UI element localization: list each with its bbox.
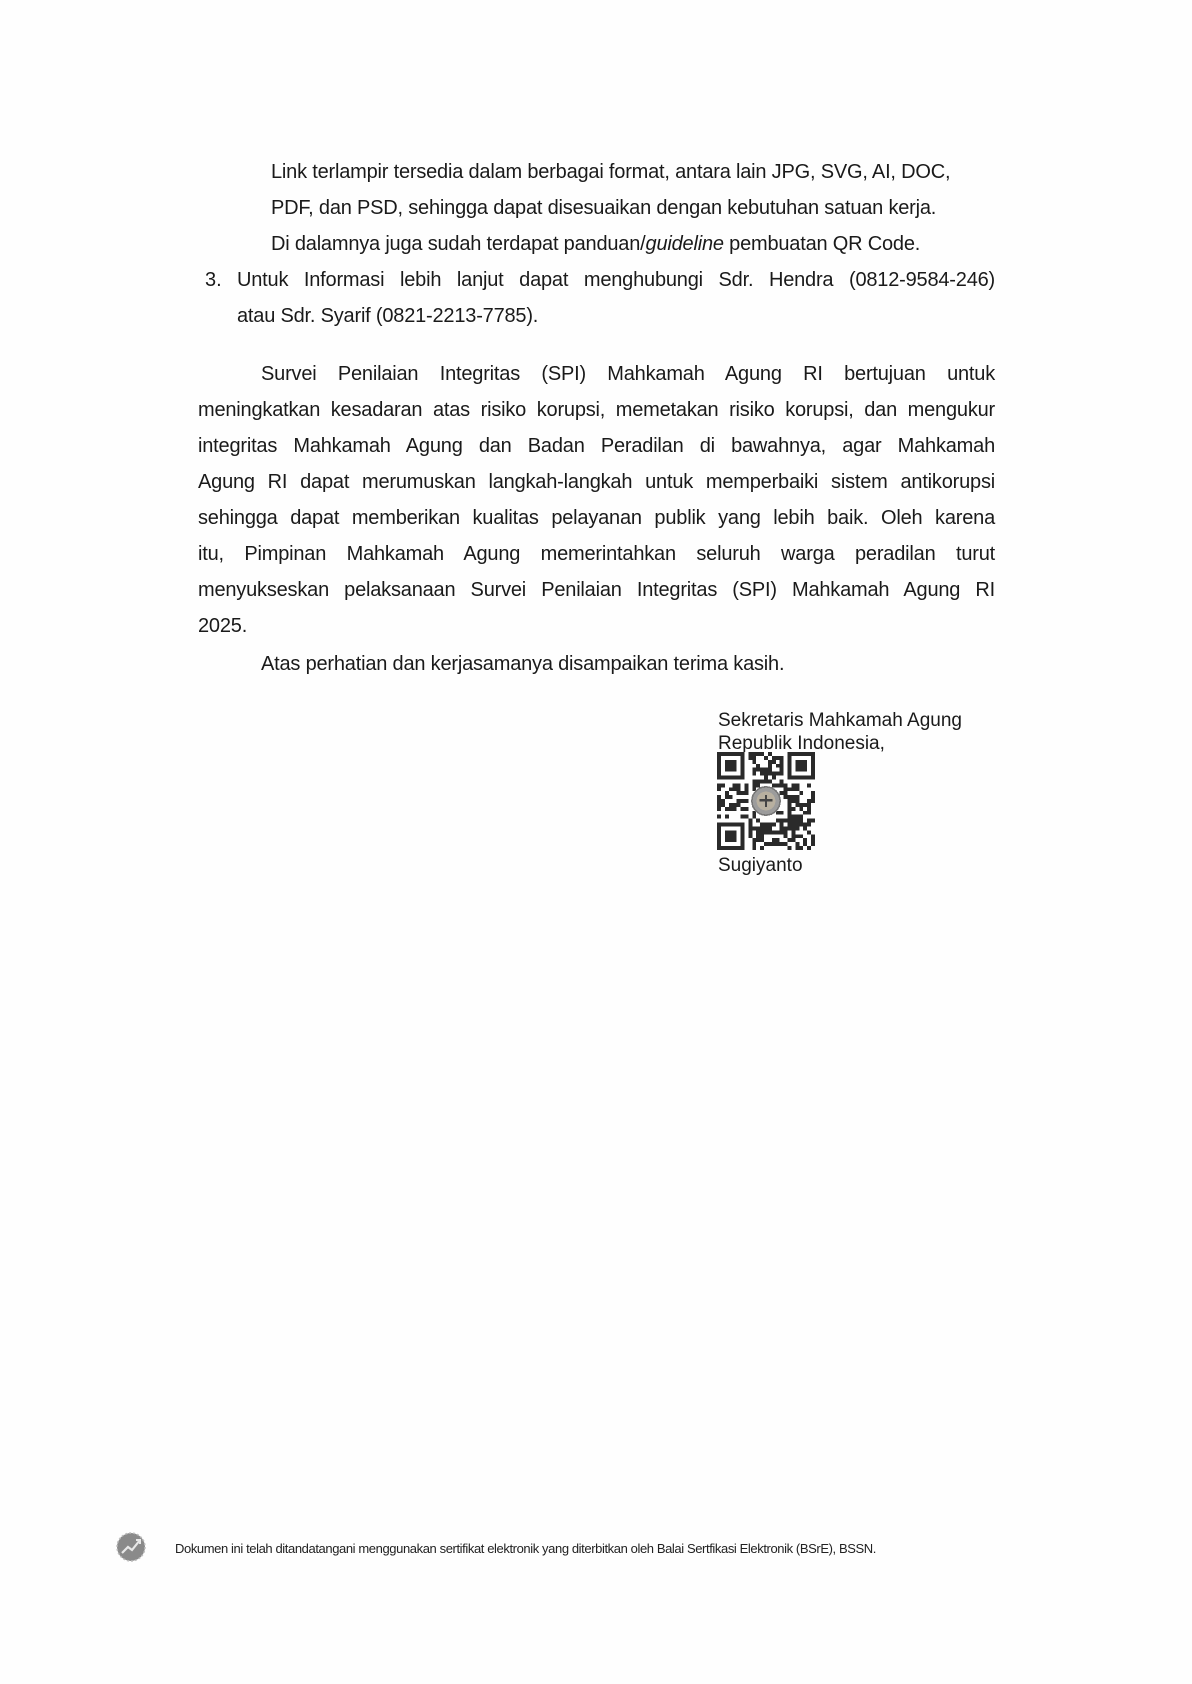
item3-line-2: atau Sdr. Syarif (0821-2213-7785). bbox=[237, 304, 538, 328]
paragraph-line-5: sehingga dapat memberikan kualitas pelay… bbox=[198, 506, 995, 530]
document-page: Link terlampir tersedia dalam berbagai f… bbox=[0, 0, 1192, 1684]
closing-line: Atas perhatian dan kerjasamanya disampai… bbox=[261, 652, 784, 676]
list-number-3: 3. bbox=[205, 268, 222, 292]
paragraph-line-4: Agung RI dapat merumuskan langkah-langka… bbox=[198, 470, 995, 494]
signatory-name: Sugiyanto bbox=[718, 855, 803, 877]
line3-before: Di dalamnya juga sudah terdapat panduan/ bbox=[271, 233, 646, 255]
paragraph-line-6: itu, Pimpinan Mahkamah Agung memerintahk… bbox=[198, 542, 995, 566]
paragraph-line-1: Survei Penilaian Integritas (SPI) Mahkam… bbox=[261, 362, 995, 386]
line3-after: pembuatan QR Code. bbox=[724, 233, 920, 255]
paragraph-line-8: 2025. bbox=[198, 614, 247, 638]
item-continuation-line-1: Link terlampir tersedia dalam berbagai f… bbox=[271, 160, 950, 184]
paragraph-line-2: meningkatkan kesadaran atas risiko korup… bbox=[198, 398, 995, 422]
qr-code-signature-icon bbox=[717, 752, 815, 850]
line3-italic: guideline bbox=[646, 233, 724, 255]
item3-line-1: Untuk Informasi lebih lanjut dapat mengh… bbox=[237, 268, 995, 292]
signature-title-1: Sekretaris Mahkamah Agung bbox=[718, 710, 962, 732]
paragraph-line-3: integritas Mahkamah Agung dan Badan Pera… bbox=[198, 434, 995, 458]
item-continuation-line-3: Di dalamnya juga sudah terdapat panduan/… bbox=[271, 232, 920, 256]
electronic-signature-notice: Dokumen ini telah ditandatangani menggun… bbox=[175, 1541, 876, 1556]
item-continuation-line-2: PDF, dan PSD, sehingga dapat disesuaikan… bbox=[271, 196, 936, 220]
paragraph-line-7: menyukseskan pelaksanaan Survei Penilaia… bbox=[198, 578, 995, 602]
bsre-seal-icon bbox=[115, 1531, 147, 1563]
